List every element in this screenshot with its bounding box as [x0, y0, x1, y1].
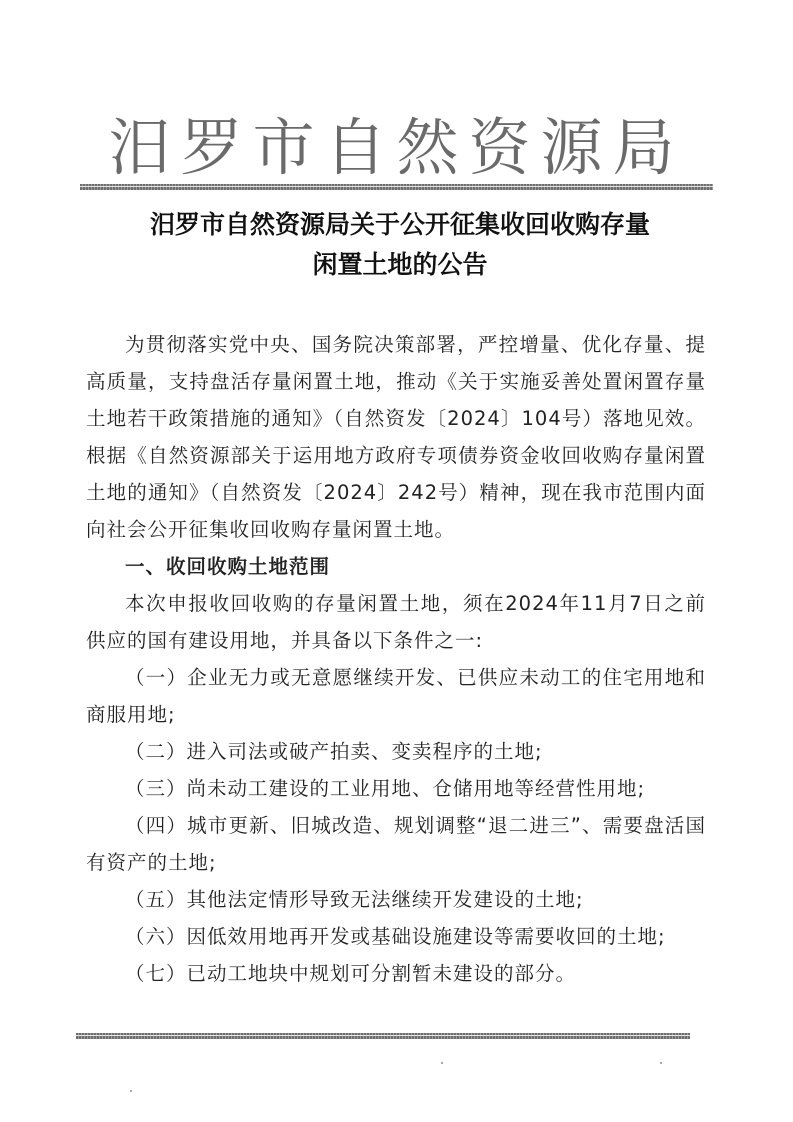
scan-speck	[441, 1062, 443, 1064]
document-title-line-1: 汨罗市自然资源局关于公开征集收回收购存量	[60, 205, 740, 245]
masthead-divider	[80, 184, 713, 190]
condition-item-6: （六）因低效用地再开发或基础设施建设等需要收回的土地;	[86, 918, 706, 955]
condition-item-4: （四）城市更新、旧城改造、规划调整“退二进三”、需要盘活国有资产的土地;	[86, 807, 706, 881]
section-lead-paragraph: 本次申报收回收购的存量闲置土地，须在2024年11月7日之前供应的国有建设用地，…	[86, 585, 706, 659]
scan-speck	[660, 1062, 662, 1064]
intro-paragraph: 为贯彻落实党中央、国务院决策部署，严控增量、优化存量、提高质量，支持盘活存量闲置…	[86, 326, 706, 548]
section-heading: 一、收回收购土地范围	[86, 548, 706, 585]
condition-item-3: （三）尚未动工建设的工业用地、仓储用地等经营性用地;	[86, 770, 706, 807]
condition-item-2: （二）进入司法或破产拍卖、变卖程序的土地;	[86, 733, 706, 770]
condition-item-1: （一）企业无力或无意愿继续开发、已供应未动工的住宅用地和商服用地;	[86, 659, 706, 733]
condition-item-5: （五）其他法定情形导致无法继续开发建设的土地;	[86, 881, 706, 918]
scan-speck	[130, 1090, 132, 1092]
document-body: 为贯彻落实党中央、国务院决策部署，严控增量、优化存量、提高质量，支持盘活存量闲置…	[86, 326, 706, 992]
condition-item-7: （七）已动工地块中规划可分割暂未建设的部分。	[86, 955, 706, 992]
document-title-line-2: 闲置土地的公告	[60, 245, 740, 285]
footer-divider	[76, 1033, 690, 1039]
masthead-agency-name: 汨罗市自然资源局	[0, 112, 793, 184]
